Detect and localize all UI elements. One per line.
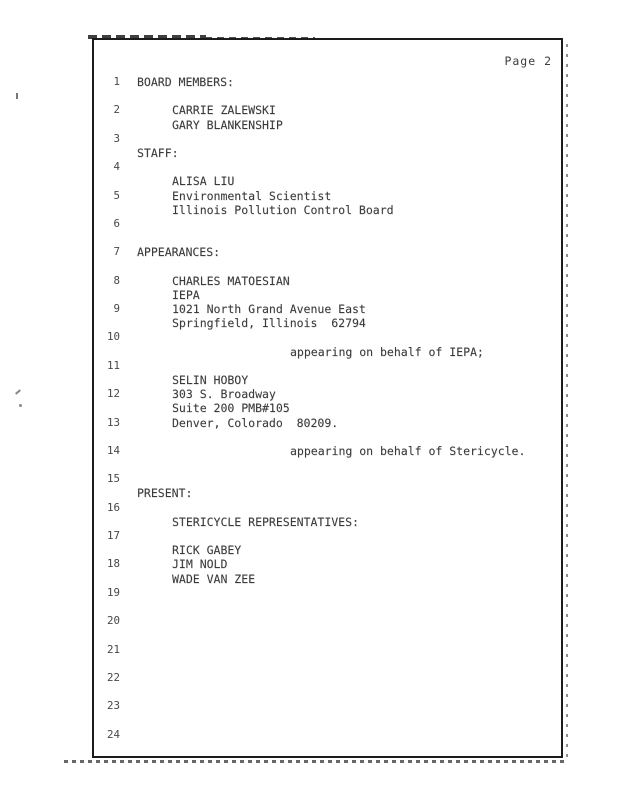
transcript-row bbox=[94, 259, 561, 273]
line-text: CHARLES MATOESIAN bbox=[172, 274, 290, 288]
line-number: 21 bbox=[100, 643, 120, 656]
line-number: 19 bbox=[100, 586, 120, 599]
line-number: 6 bbox=[100, 217, 120, 230]
line-text: IEPA bbox=[172, 288, 200, 302]
transcript-row: IEPA bbox=[94, 288, 561, 302]
transcript-row: PRESENT: bbox=[94, 486, 561, 500]
transcript-row: RICK GABEY bbox=[94, 543, 561, 557]
line-text: Environmental Scientist bbox=[172, 189, 331, 203]
transcript-row bbox=[94, 628, 561, 642]
transcript-row: 17 bbox=[94, 529, 561, 543]
transcript-row bbox=[94, 600, 561, 614]
transcript-page-frame: Page 2 1BOARD MEMBERS:2CARRIE ZALEWSKIGA… bbox=[92, 38, 563, 758]
line-text: APPEARANCES: bbox=[137, 245, 220, 259]
transcript-row: 20 bbox=[94, 614, 561, 628]
line-text: SELIN HOBOY bbox=[172, 373, 248, 387]
transcript-row: SELIN HOBOY bbox=[94, 373, 561, 387]
transcript-row: STERICYCLE REPRESENTATIVES: bbox=[94, 515, 561, 529]
transcript-row: 24 bbox=[94, 728, 561, 742]
line-text: 303 S. Broadway bbox=[172, 387, 276, 401]
line-number: 18 bbox=[100, 557, 120, 570]
line-number: 5 bbox=[100, 189, 120, 202]
transcript-row bbox=[94, 430, 561, 444]
line-text: Denver, Colorado 80209. bbox=[172, 416, 338, 430]
transcript-row: Suite 200 PMB#105 bbox=[94, 401, 561, 415]
line-text: appearing on behalf of Stericycle. bbox=[290, 444, 525, 458]
transcript-row: 14appearing on behalf of Stericycle. bbox=[94, 444, 561, 458]
transcript-row bbox=[94, 89, 561, 103]
transcript-row: 6 bbox=[94, 217, 561, 231]
transcript-row: appearing on behalf of IEPA; bbox=[94, 345, 561, 359]
transcript-row bbox=[94, 685, 561, 699]
transcript-row: 5Environmental Scientist bbox=[94, 189, 561, 203]
scanned-page-canvas: Page 2 1BOARD MEMBERS:2CARRIE ZALEWSKIGA… bbox=[0, 0, 618, 800]
transcript-row: Springfield, Illinois 62794 bbox=[94, 316, 561, 330]
transcript-body: 1BOARD MEMBERS:2CARRIE ZALEWSKIGARY BLAN… bbox=[94, 75, 561, 756]
transcript-row: 8CHARLES MATOESIAN bbox=[94, 274, 561, 288]
line-number: 24 bbox=[100, 728, 120, 741]
transcript-row: 10 bbox=[94, 330, 561, 344]
line-number: 3 bbox=[100, 132, 120, 145]
line-number: 7 bbox=[100, 245, 120, 258]
transcript-row: 7APPEARANCES: bbox=[94, 245, 561, 259]
transcript-row bbox=[94, 742, 561, 756]
transcript-row: 21 bbox=[94, 643, 561, 657]
transcript-row: 13Denver, Colorado 80209. bbox=[94, 416, 561, 430]
page-number-label: Page 2 bbox=[504, 54, 552, 68]
transcript-row: 4 bbox=[94, 160, 561, 174]
transcript-row: 18JIM NOLD bbox=[94, 557, 561, 571]
transcript-row: 1BOARD MEMBERS: bbox=[94, 75, 561, 89]
line-number: 16 bbox=[100, 501, 120, 514]
line-number: 15 bbox=[100, 472, 120, 485]
line-text: STERICYCLE REPRESENTATIVES: bbox=[172, 515, 359, 529]
line-number: 10 bbox=[100, 330, 120, 343]
transcript-row: WADE VAN ZEE bbox=[94, 572, 561, 586]
transcript-row bbox=[94, 231, 561, 245]
transcript-row bbox=[94, 458, 561, 472]
transcript-row: 23 bbox=[94, 699, 561, 713]
scan-artifact-bottom-edge bbox=[64, 760, 564, 763]
line-number: 14 bbox=[100, 444, 120, 457]
line-text: RICK GABEY bbox=[172, 543, 241, 557]
transcript-row: 15 bbox=[94, 472, 561, 486]
line-number: 4 bbox=[100, 160, 120, 173]
transcript-row: GARY BLANKENSHIP bbox=[94, 118, 561, 132]
transcript-row: Illinois Pollution Control Board bbox=[94, 203, 561, 217]
line-number: 12 bbox=[100, 387, 120, 400]
line-text: BOARD MEMBERS: bbox=[137, 75, 234, 89]
line-number: 22 bbox=[100, 671, 120, 684]
line-number: 9 bbox=[100, 302, 120, 315]
line-text: PRESENT: bbox=[137, 486, 192, 500]
transcript-row: 19 bbox=[94, 586, 561, 600]
scan-artifact-right-edge bbox=[566, 44, 568, 758]
line-text: appearing on behalf of IEPA; bbox=[290, 345, 484, 359]
scan-artifact-left-slash bbox=[15, 389, 21, 394]
line-text: Illinois Pollution Control Board bbox=[172, 203, 394, 217]
line-text: GARY BLANKENSHIP bbox=[172, 118, 283, 132]
transcript-row: 2CARRIE ZALEWSKI bbox=[94, 103, 561, 117]
transcript-row bbox=[94, 713, 561, 727]
line-text: WADE VAN ZEE bbox=[172, 572, 255, 586]
line-number: 13 bbox=[100, 416, 120, 429]
transcript-row: ALISA LIU bbox=[94, 174, 561, 188]
transcript-row: 11 bbox=[94, 359, 561, 373]
line-number: 20 bbox=[100, 614, 120, 627]
line-text: Springfield, Illinois 62794 bbox=[172, 316, 366, 330]
scan-artifact-left-dot bbox=[19, 404, 22, 407]
scan-artifact-left-tick bbox=[16, 93, 18, 99]
transcript-row bbox=[94, 657, 561, 671]
transcript-row: 16 bbox=[94, 501, 561, 515]
line-number: 8 bbox=[100, 274, 120, 287]
line-number: 17 bbox=[100, 529, 120, 542]
transcript-row: STAFF: bbox=[94, 146, 561, 160]
line-text: JIM NOLD bbox=[172, 557, 227, 571]
transcript-row: 12303 S. Broadway bbox=[94, 387, 561, 401]
line-number: 11 bbox=[100, 359, 120, 372]
transcript-row: 22 bbox=[94, 671, 561, 685]
line-text: STAFF: bbox=[137, 146, 179, 160]
line-number: 23 bbox=[100, 699, 120, 712]
transcript-row: 3 bbox=[94, 132, 561, 146]
transcript-row: 91021 North Grand Avenue East bbox=[94, 302, 561, 316]
line-text: ALISA LIU bbox=[172, 174, 234, 188]
line-text: 1021 North Grand Avenue East bbox=[172, 302, 366, 316]
line-text: Suite 200 PMB#105 bbox=[172, 401, 290, 415]
line-text: CARRIE ZALEWSKI bbox=[172, 103, 276, 117]
line-number: 1 bbox=[100, 75, 120, 88]
line-number: 2 bbox=[100, 103, 120, 116]
